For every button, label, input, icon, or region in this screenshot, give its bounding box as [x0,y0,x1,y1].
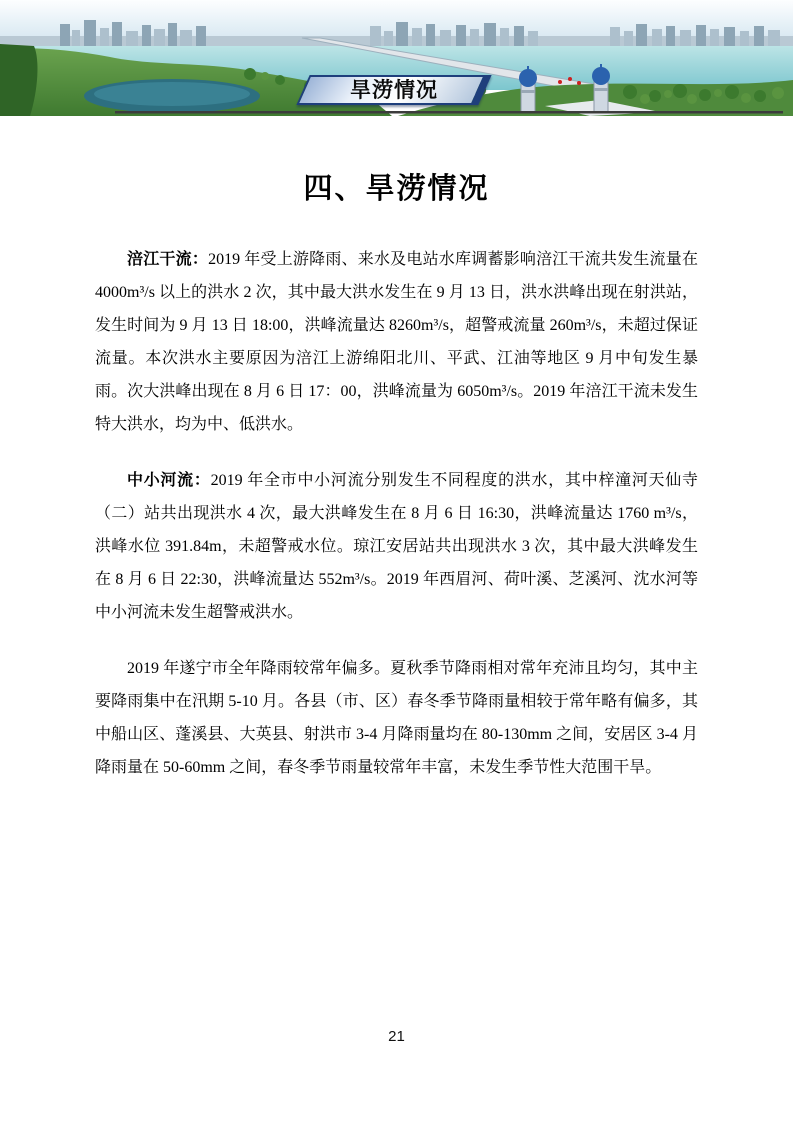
section-banner: 旱涝情况 [303,75,485,105]
page-number: 21 [0,1028,793,1045]
page-title: 四、旱涝情况 [95,166,698,207]
document-page: 旱涝情况 四、旱涝情况 涪江干流：2019 年受上游降雨、来水及电站水库调蓄影响… [0,0,793,1122]
header-photo: 旱涝情况 [0,0,793,116]
paragraph-rainfall: 2019 年遂宁市全年降雨较常年偏多。夏秋季节降雨相对常年充沛且均匀，其中主要降… [95,652,698,784]
paragraph-small-rivers: 中小河流：2019 年全市中小河流分别发生不同程度的洪水，其中梓潼河天仙寺（二）… [95,464,698,629]
paragraph-fujiang-mainstream: 涪江干流：2019 年受上游降雨、来水及电站水库调蓄影响涪江干流共发生流量在 4… [95,243,698,441]
paragraph-text: 2019 年全市中小河流分别发生不同程度的洪水，其中梓潼河天仙寺（二）站共出现洪… [95,472,698,621]
paragraph-lead: 中小河流： [127,472,211,489]
banner-label: 旱涝情况 [303,75,485,106]
paragraph-lead: 涪江干流： [127,251,208,268]
paragraph-text: 2019 年受上游降雨、来水及电站水库调蓄影响涪江干流共发生流量在 4000m³… [95,251,698,433]
document-content: 四、旱涝情况 涪江干流：2019 年受上游降雨、来水及电站水库调蓄影响涪江干流共… [95,116,698,807]
paragraph-text: 2019 年遂宁市全年降雨较常年偏多。夏秋季节降雨相对常年充沛且均匀，其中主要降… [95,660,698,776]
